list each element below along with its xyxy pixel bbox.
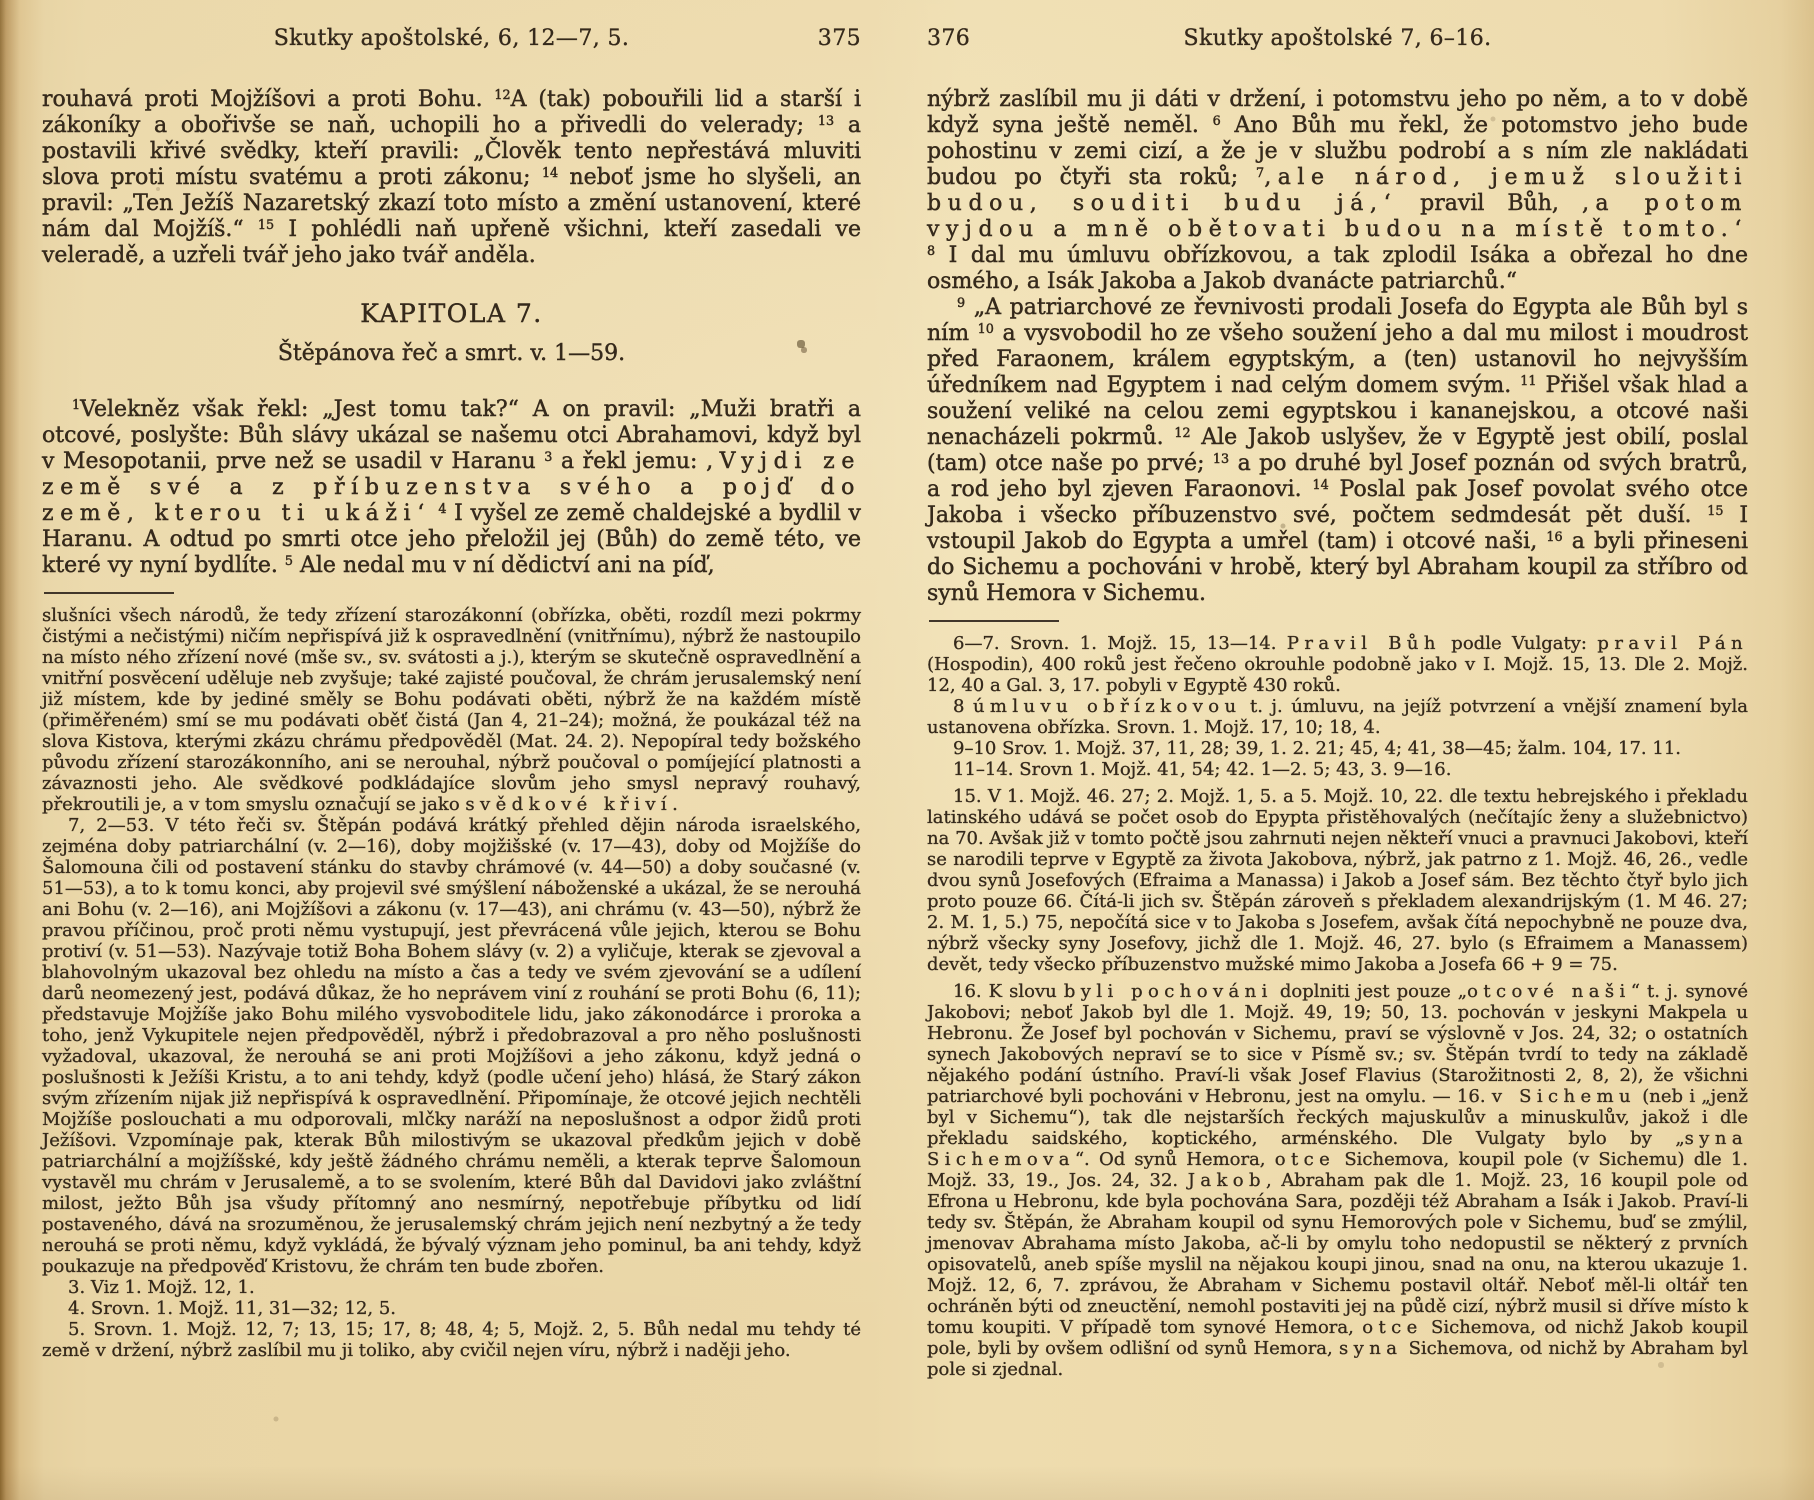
paragraph: 15. V 1. Mojž. 46. 27; 2. Mojž. 1, 5. a … (927, 786, 1748, 975)
paragraph: 11–14. Srovn 1. Mojž. 41, 54; 42. 1—2. 5… (927, 759, 1748, 780)
page-number: 375 (771, 26, 861, 51)
main-text: nýbrž zaslíbil mu ji dáti v držení, i po… (927, 87, 1748, 607)
paragraph: 5. Srovn. 1. Mojž. 12, 7; 13, 15; 17, 8;… (42, 1319, 861, 1361)
running-header-title: Skutky apoštolské 7, 6–16. (1017, 26, 1658, 51)
book-scan: Skutky apoštolské, 6, 12—7, 5. 375 rouha… (0, 0, 1814, 1500)
footnotes: slušníci všech národů, že tedy zřízení s… (42, 605, 861, 1361)
paragraph: 1Velekněz však řekl: „Jest tomu tak?“ A … (42, 397, 861, 579)
chapter-heading: KAPITOLA 7. (42, 301, 861, 327)
left-page: Skutky apoštolské, 6, 12—7, 5. 375 rouha… (0, 0, 907, 1500)
footnote-divider (44, 592, 174, 594)
page-number: 376 (927, 26, 1017, 51)
paragraph: 16. K slovu byli pochováni doplniti jest… (927, 981, 1748, 1380)
main-text: rouhavá proti Mojžíšovi a proti Bohu. 12… (42, 87, 861, 579)
paragraph: 8 úmluvu obřízkovou t. j. úmluvu, na jej… (927, 696, 1748, 738)
paragraph: 4. Srovn. 1. Mojž. 11, 31—32; 12, 5. (42, 1298, 861, 1319)
paragraph: slušníci všech národů, že tedy zřízení s… (42, 605, 861, 815)
paragraph: 7, 2—53. V této řeči sv. Štěpán podává k… (42, 815, 861, 1277)
paragraph: 9 „A patriarchové ze řevnivosti prodali … (927, 295, 1748, 607)
chapter-subheading: Štěpánova řeč a smrt. v. 1—59. (42, 341, 861, 367)
paragraph: 9–10 Srov. 1. Mojž. 37, 11, 28; 39, 1. 2… (927, 738, 1748, 759)
paragraph: nýbrž zaslíbil mu ji dáti v držení, i po… (927, 87, 1748, 295)
footnotes: 6—7. Srovn. 1. Mojž. 15, 13—14. Pravil B… (927, 633, 1748, 1380)
footnote-divider (929, 620, 1059, 622)
running-header-left: Skutky apoštolské, 6, 12—7, 5. 375 (42, 26, 861, 51)
paragraph: 6—7. Srovn. 1. Mojž. 15, 13—14. Pravil B… (927, 633, 1748, 696)
paragraph: 3. Viz 1. Mojž. 12, 1. (42, 1277, 861, 1298)
running-header-title: Skutky apoštolské, 6, 12—7, 5. (132, 26, 771, 51)
paragraph: rouhavá proti Mojžíšovi a proti Bohu. 12… (42, 87, 861, 269)
right-page: 376 Skutky apoštolské 7, 6–16. nýbrž zas… (907, 0, 1814, 1500)
running-header-right: 376 Skutky apoštolské 7, 6–16. (927, 26, 1748, 51)
